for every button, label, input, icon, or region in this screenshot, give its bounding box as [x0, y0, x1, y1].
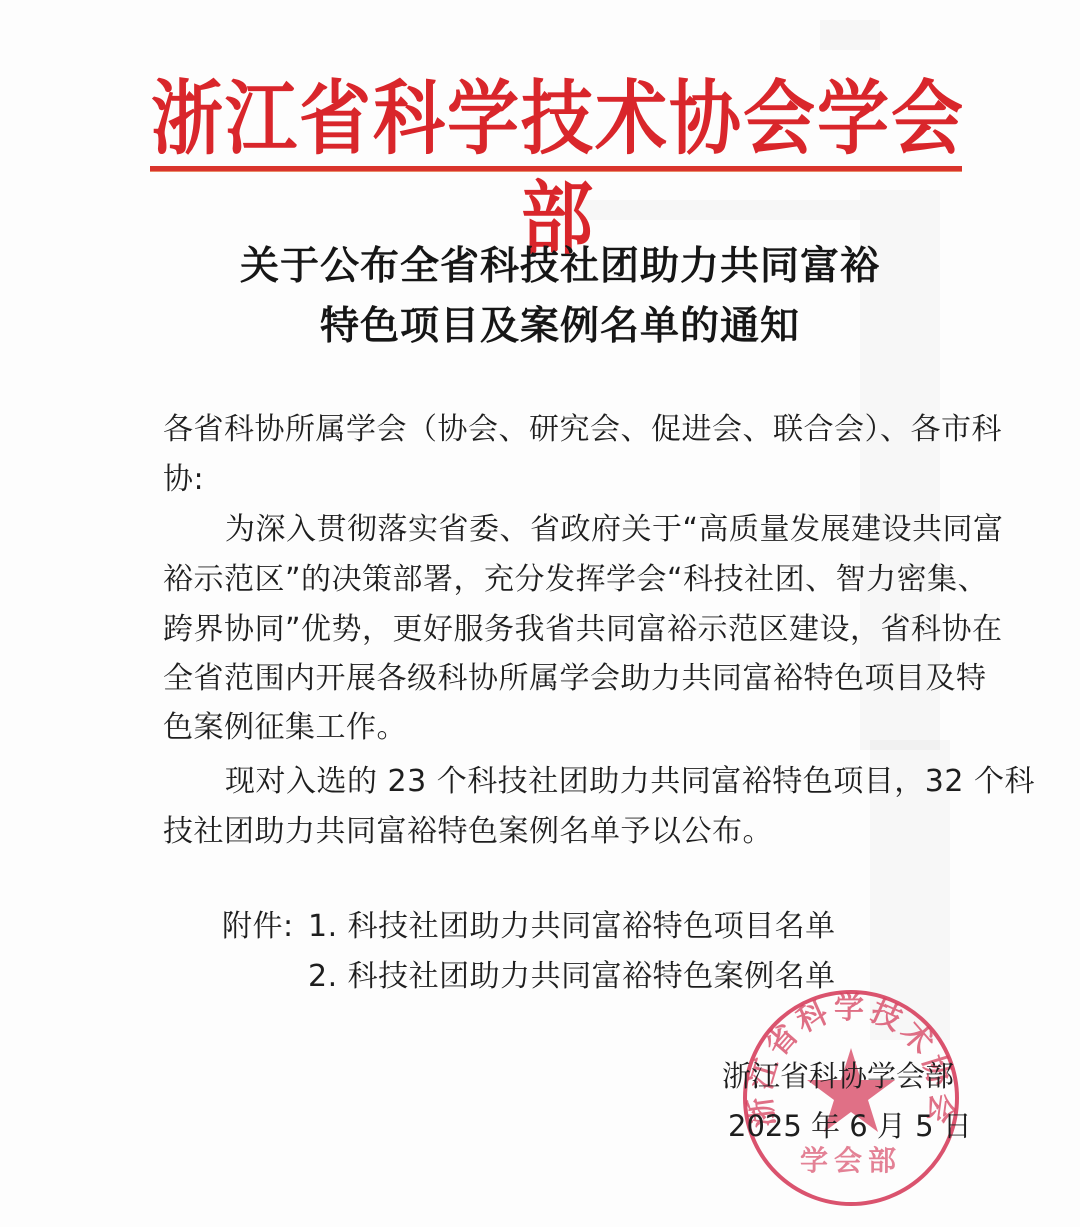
- attachments-label: 附件:: [222, 907, 294, 947]
- issue-date: 2025 年 6 月 5 日: [728, 1106, 972, 1146]
- paragraph-1-line-2: 裕示范区”的决策部署，充分发挥学会“科技社团、智力密集、: [163, 560, 988, 600]
- document-title-line-2: 特色项目及案例名单的通知: [160, 303, 960, 349]
- paragraph-1-line-1: 为深入贯彻落实省委、省政府关于“高质量发展建设共同富: [225, 510, 1004, 550]
- salutation-line-1: 各省科协所属学会（协会、研究会、促进会、联合会）、各市科: [163, 410, 1002, 450]
- scan-shadow: [820, 20, 880, 50]
- paragraph-1-line-4: 全省范围内开展各级科协所属学会助力共同富裕特色项目及特: [163, 659, 987, 699]
- attachment-item-1[interactable]: 1. 科技社团助力共同富裕特色项目名单: [308, 907, 836, 947]
- letterhead-divider: [150, 166, 962, 172]
- paragraph-1-line-5: 色案例征集工作。: [163, 708, 407, 748]
- document-title-line-1: 关于公布全省科技社团助力共同富裕: [160, 243, 960, 289]
- paragraph-2-line-2: 技社团助力共同富裕特色案例名单予以公布。: [163, 812, 773, 852]
- attachment-item-2[interactable]: 2. 科技社团助力共同富裕特色案例名单: [308, 957, 836, 997]
- seal-bottom-text: 学会部: [800, 1144, 902, 1177]
- issuer-name: 浙江省科协学会部: [722, 1056, 954, 1096]
- paragraph-2-line-1: 现对入选的 23 个科技社团助力共同富裕特色项目，32 个科: [225, 762, 1035, 802]
- official-seal-stamp: 浙江省科学技术协会 学会部: [741, 988, 961, 1208]
- paragraph-1-line-3: 跨界协同”优势，更好服务我省共同富裕示范区建设，省科协在: [163, 610, 1003, 650]
- salutation-line-2: 协:: [163, 460, 204, 500]
- document-page: 浙江省科学技术协会学会部 关于公布全省科技社团助力共同富裕 特色项目及案例名单的…: [0, 0, 1080, 1227]
